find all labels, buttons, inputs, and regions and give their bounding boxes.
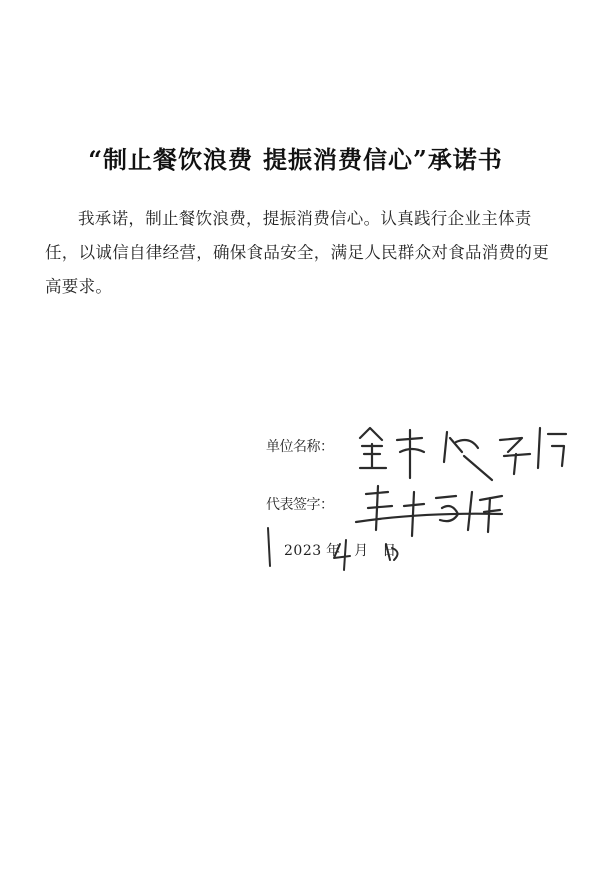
date-day-suffix: 日 — [382, 543, 396, 559]
document-title: “制止餐饮浪费提振消费信心”承诺书 — [0, 140, 591, 175]
signature-block: 单位名称： 代表签字： 2023 年月日 — [262, 418, 582, 578]
date-month-suffix: 月 — [354, 543, 368, 559]
unit-name-label: 单位名称： — [266, 436, 334, 456]
representative-signature-label: 代表签字： — [266, 494, 334, 514]
title-part-2: 提振消费信心”承诺书 — [263, 145, 503, 174]
date-year-suffix: 年 — [326, 543, 340, 559]
date-year: 2023 — [284, 543, 322, 559]
pledge-body: 我承诺，制止餐饮浪费，提振消费信心。认真践行企业主体责任，以诚信自律经营，确保食… — [45, 202, 555, 304]
representative-signature-handwriting — [352, 480, 522, 540]
title-part-1: “制止餐饮浪费 — [88, 145, 253, 174]
signing-date: 2023 年月日 — [284, 540, 396, 560]
unit-name-handwriting — [352, 418, 572, 488]
